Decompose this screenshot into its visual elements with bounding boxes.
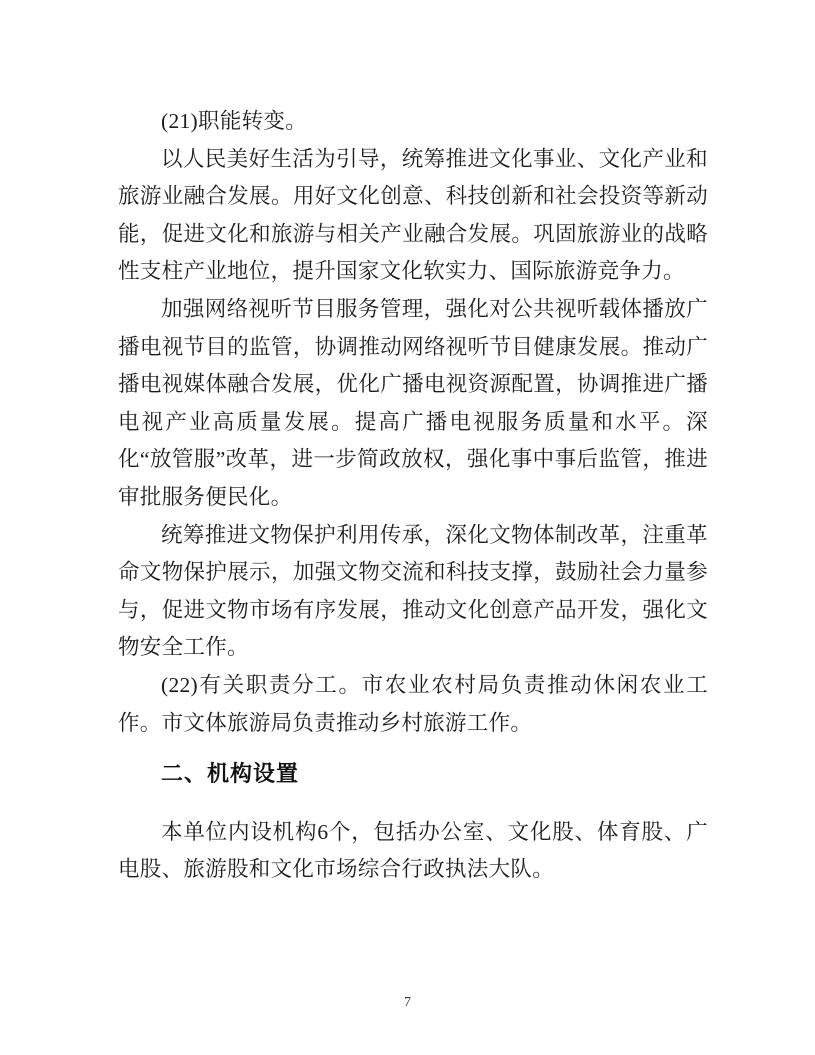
document-page: (21)职能转变。 以人民美好生活为引导，统筹推进文化事业、文化产业和旅游业融合…: [0, 0, 815, 1055]
paragraph-internal-organs: 本单位内设机构6个，包括办公室、文化股、体育股、广电股、旅游股和文化市场综合行政…: [118, 814, 708, 889]
paragraph-culture-tourism-integration: 以人民美好生活为引导，统筹推进文化事业、文化产业和旅游业融合发展。用好文化创意、…: [118, 141, 708, 291]
page-number: 7: [0, 995, 815, 1011]
paragraph-21-title: (21)职能转变。: [118, 103, 708, 141]
paragraph-broadcast-regulation: 加强网络视听节目服务管理，强化对公共视听载体播放广播电视节目的监管，协调推动网络…: [118, 291, 708, 517]
paragraph-22-duty-division: (22)有关职责分工。市农业农村局负责推动休闲农业工作。市文体旅游局负责推动乡村…: [118, 667, 708, 742]
document-body: (21)职能转变。 以人民美好生活为引导，统筹推进文化事业、文化产业和旅游业融合…: [118, 103, 708, 889]
section-heading-organization-setup: 二、机构设置: [118, 755, 708, 793]
paragraph-cultural-relics: 统筹推进文物保护利用传承，深化文物体制改革，注重革命文物保护展示，加强文物交流和…: [118, 517, 708, 667]
